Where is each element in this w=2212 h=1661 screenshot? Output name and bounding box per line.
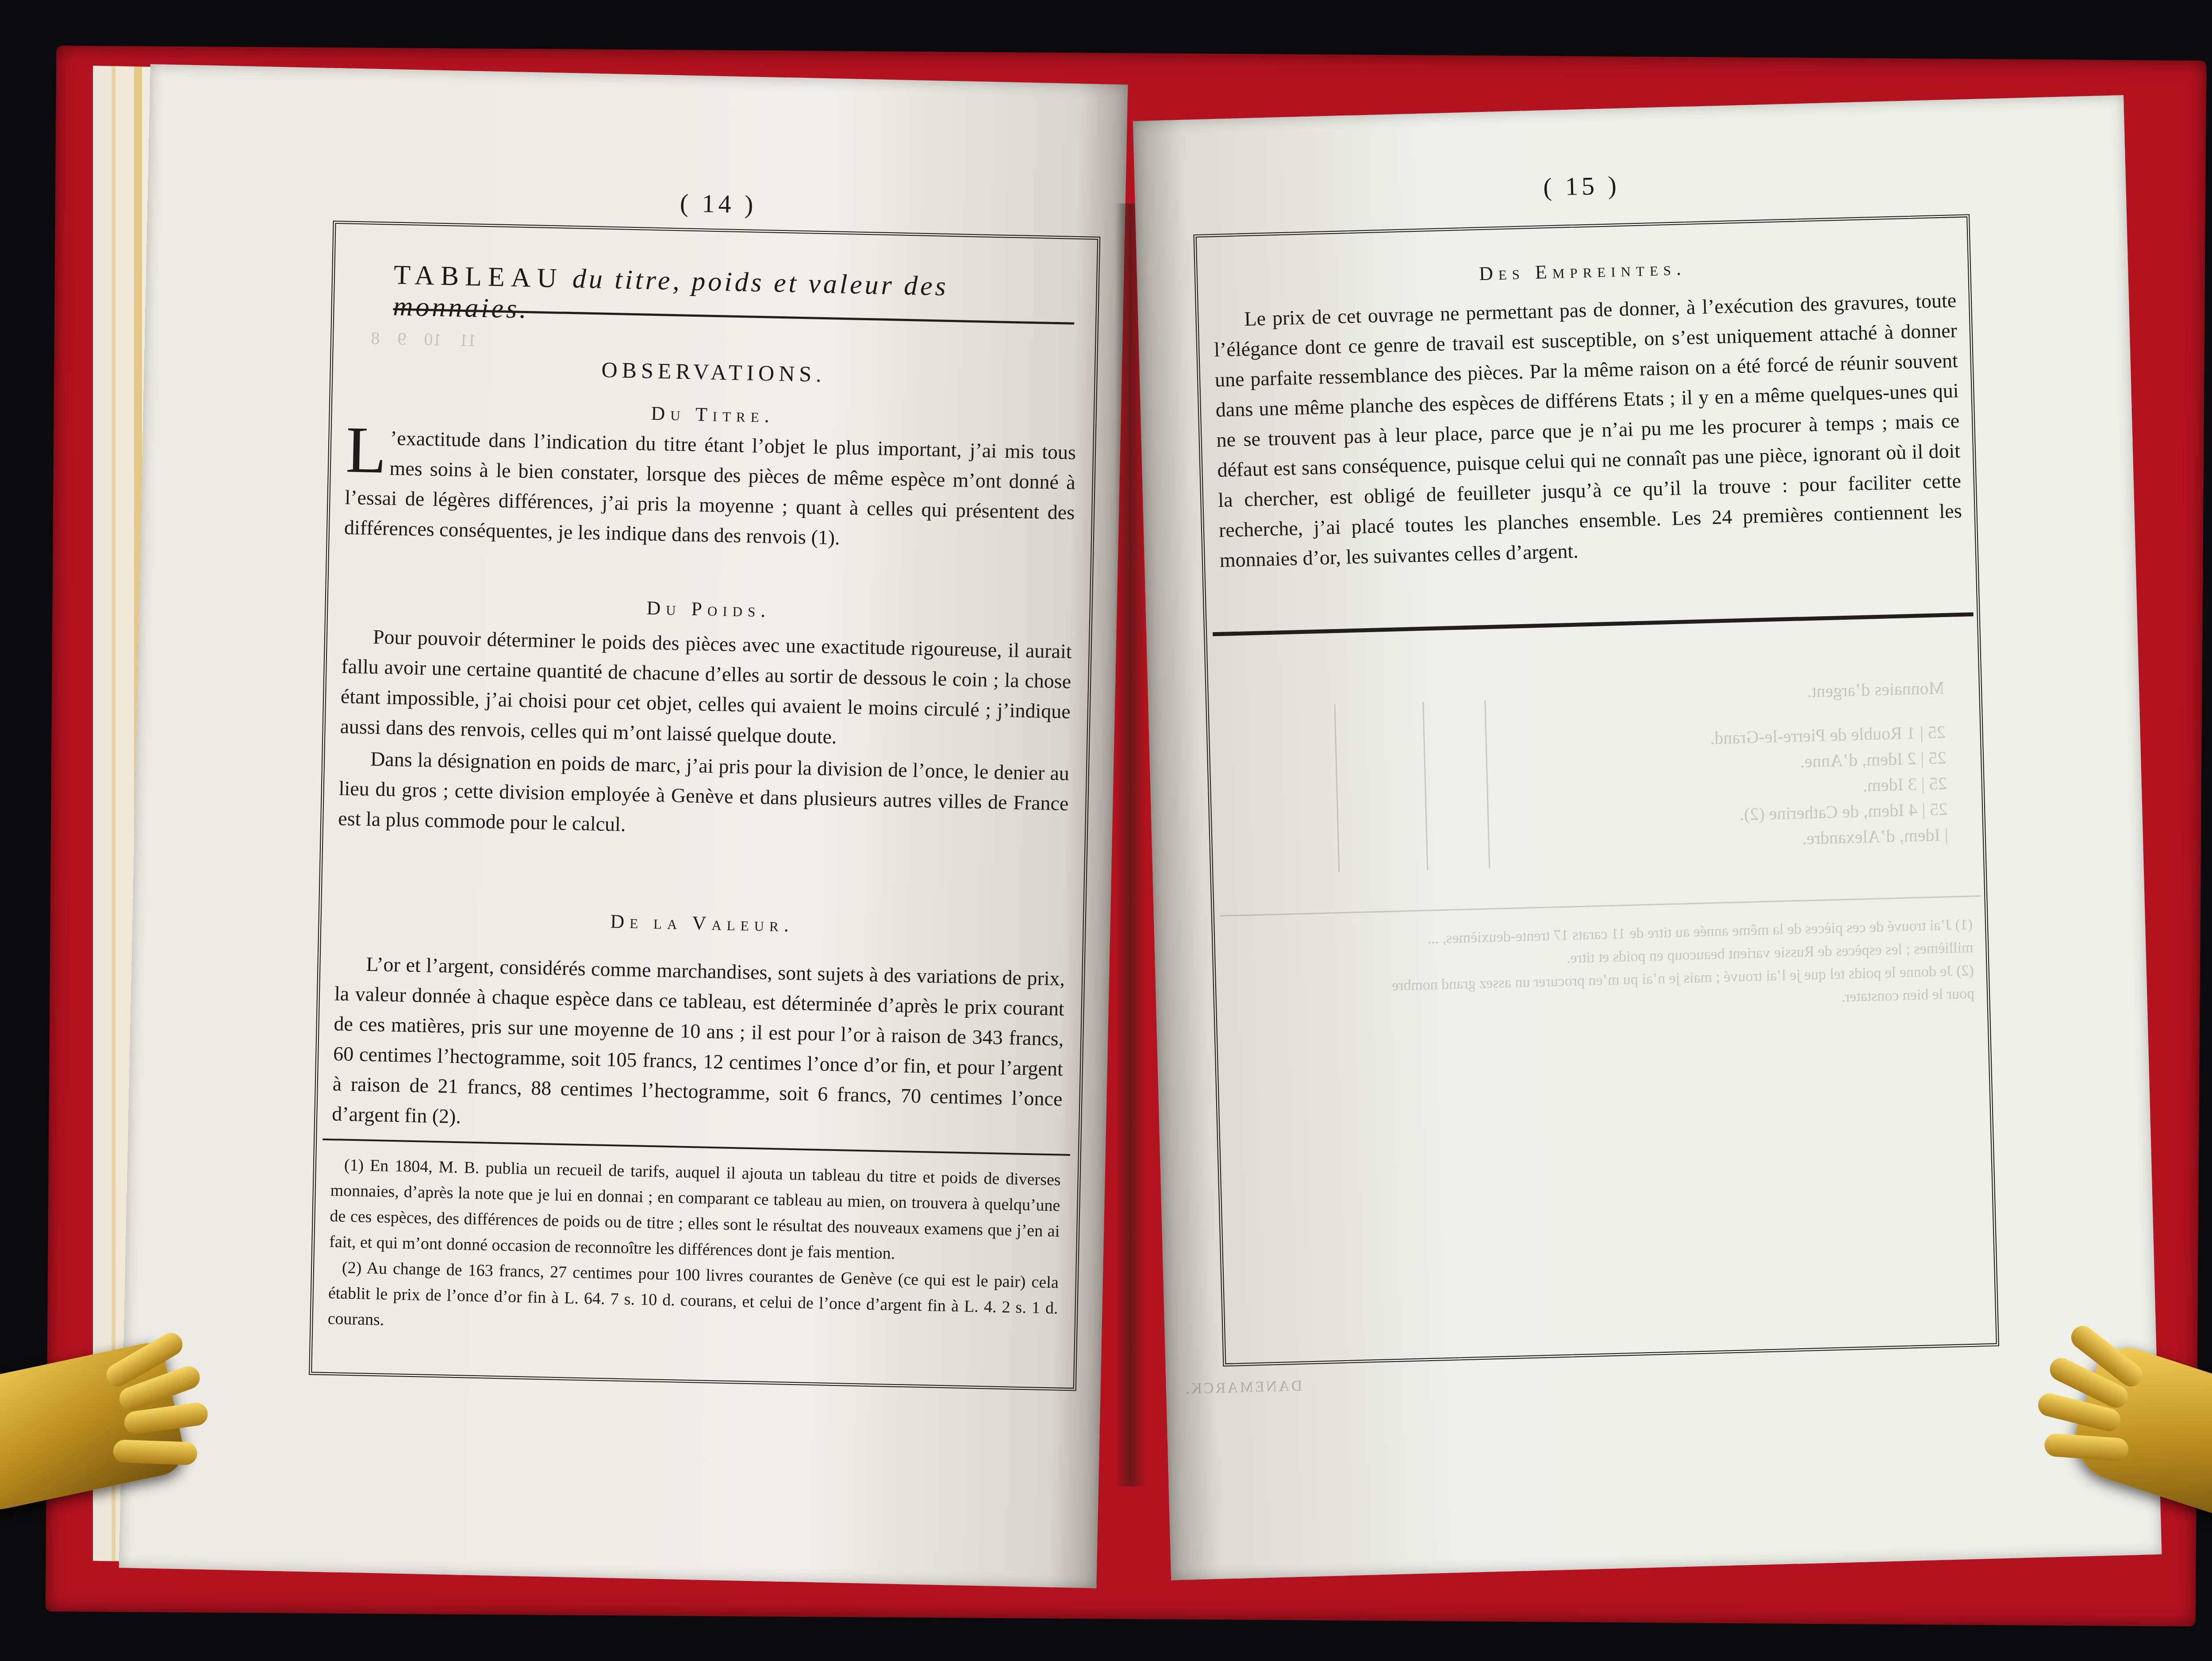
footnote: (1) En 1804, M. B. publia un recueil de … xyxy=(329,1152,1061,1270)
show-through-rows: 25 | 1 Rouble de Pierre-le-Grand. 25 | 2… xyxy=(1459,719,1948,860)
finger xyxy=(113,1439,198,1465)
paragraph: L’or et l’argent, considérés comme march… xyxy=(332,948,1065,1144)
page-number: ( 15 ) xyxy=(1493,169,1671,203)
section-valeur-text: L’or et l’argent, considérés comme march… xyxy=(332,948,1065,1146)
show-through-column-numbers: 11 10 9 8 xyxy=(344,325,477,353)
paragraph: Dans la désignation en poids de marc, j’… xyxy=(338,743,1070,849)
empreintes-text: Le prix de cet ouvrage ne permettant pas… xyxy=(1213,285,1963,577)
paragraph: Pour pouvoir déterminer le poids des piè… xyxy=(340,621,1072,756)
title-caps: TABLEAU xyxy=(393,260,563,294)
page-number: ( 14 ) xyxy=(630,187,807,220)
show-through-stamp: DANEMARCK. xyxy=(1183,1378,1302,1398)
section-poids-text: Pour pouvoir déterminer le poids des piè… xyxy=(338,621,1072,850)
footnotes: (1) En 1804, M. B. publia un recueil de … xyxy=(327,1152,1061,1346)
left-page: ( 14 ) TABLEAU du titre, poids et valeur… xyxy=(119,64,1128,1588)
section-titre-text: L’exactitude dans l’indication du titre … xyxy=(344,422,1076,559)
paragraph: ’exactitude dans l’indication du titre é… xyxy=(344,427,1076,549)
footnote: (2) Au change de 163 francs, 27 centimes… xyxy=(327,1254,1059,1347)
right-page: ( 15 ) Des Empreintes. Le prix de cet ou… xyxy=(1133,95,2162,1580)
paragraph: Le prix de cet ouvrage ne permettant pas… xyxy=(1213,285,1963,575)
show-through-footnotes: (1) J’ai trouvé de ces pièces de la même… xyxy=(1229,913,1975,1025)
dropcap: L xyxy=(346,423,387,477)
